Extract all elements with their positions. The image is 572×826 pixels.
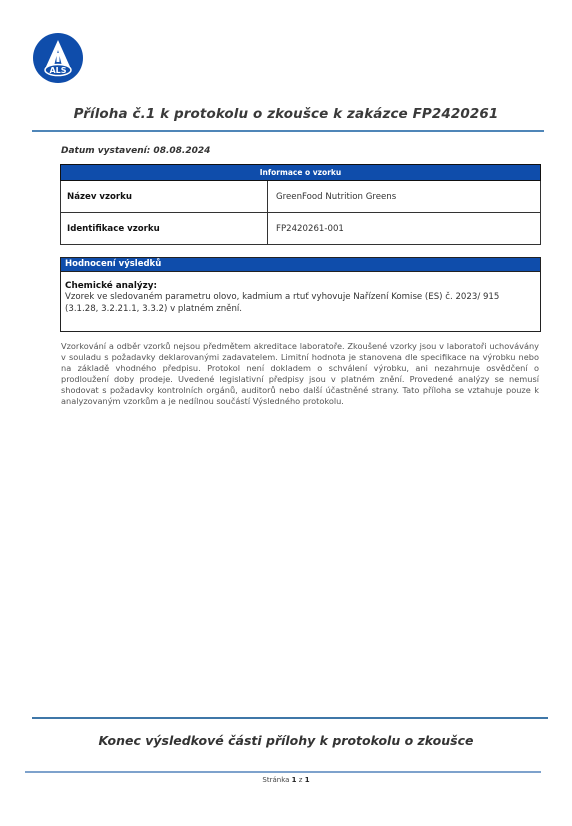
end-title: Konec výsledkové části přílohy k protoko…: [0, 733, 572, 748]
table-row: Název vzorku GreenFood Nutrition Greens: [61, 181, 541, 213]
disclaimer-text: Vzorkování a odběr vzorků nejsou předmět…: [61, 341, 539, 408]
footer-divider-top: [32, 717, 548, 719]
results-header: Hodnocení výsledků: [61, 258, 540, 272]
sample-name-label: Název vzorku: [61, 181, 268, 213]
page-number: Stránka 1 z 1: [0, 776, 572, 784]
results-box: Hodnocení výsledků Chemické analýzy: Vzo…: [60, 257, 541, 332]
sample-info-table: Informace o vzorku Název vzorku GreenFoo…: [60, 164, 541, 245]
results-text: Vzorek ve sledovaném parametru olovo, ka…: [65, 291, 534, 315]
page-total: 1: [305, 776, 310, 784]
als-logo-icon: ALS: [33, 33, 83, 83]
issue-date: Datum vystavení: 08.08.2024: [61, 146, 210, 156]
sample-id-label: Identifikace vzorku: [61, 213, 268, 245]
page-title: Příloha č.1 k protokolu o zkoušce k zaká…: [0, 106, 572, 122]
table-row: Identifikace vzorku FP2420261-001: [61, 213, 541, 245]
results-subheading: Chemické analýzy:: [65, 281, 540, 291]
page-separator: z: [299, 776, 303, 784]
page-current: 1: [292, 776, 297, 784]
sample-name-value: GreenFood Nutrition Greens: [268, 181, 541, 213]
page-label: Stránka: [262, 776, 289, 784]
svg-text:ALS: ALS: [49, 66, 66, 75]
header-divider: [32, 130, 544, 132]
sample-info-header: Informace o vzorku: [61, 165, 541, 181]
footer-divider-bottom: [25, 771, 541, 773]
sample-id-value: FP2420261-001: [268, 213, 541, 245]
